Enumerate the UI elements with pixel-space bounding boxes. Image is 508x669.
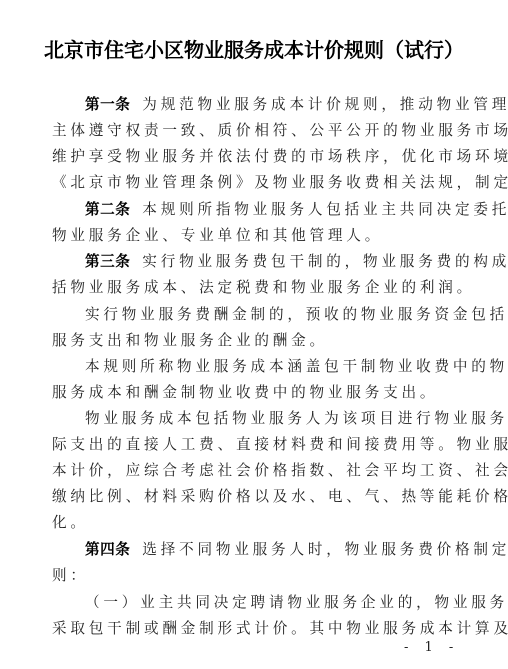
paragraph-text: 选择不同物业服务人时，物业服务费价格制定原 [142, 541, 508, 558]
paragraph-line: 采取包干制或酬金制形式计价。其中物业服务成本计算及科目 [52, 619, 462, 639]
article-3-line-1: 第三条实行物业服务费包干制的，物业服务费的构成包 [85, 252, 495, 272]
paragraph-line: 主体遵守权责一致、质价相符、公平公开的物业服务市场规则， [52, 121, 462, 141]
paragraph-line: 服务支出和物业服务企业的酬金。 [52, 331, 462, 351]
paragraph-line: 物业服务企业、专业单位和其他管理人。 [52, 226, 462, 246]
document-title: 北京市住宅小区物业服务成本计价规则（试行） [0, 34, 508, 63]
paragraph-line: 化。 [52, 513, 462, 533]
paragraph-line: 本计价，应综合考虑社会价格指数、社会平均工资、社会保险 [52, 461, 462, 481]
paragraph-text: 实行物业服务费包干制的，物业服务费的构成包 [142, 253, 508, 270]
article-label: 第四条 [85, 541, 130, 558]
paragraph-line: 服务成本和酬金制物业收费中的物业服务支出。 [52, 383, 462, 403]
paragraph-line: 维护享受物业服务并依法付费的市场秩序，优化市场环境，依据 [52, 147, 462, 167]
paragraph-line: 括物业服务成本、法定税费和物业服务企业的利润。 [52, 278, 462, 298]
paragraph-line: 物业服务成本包括物业服务人为该项目进行物业服务实 [85, 409, 495, 429]
article-label: 第二条 [85, 201, 130, 218]
paragraph-line: 实行物业服务费酬金制的，预收的物业服务资金包括物业 [85, 305, 495, 325]
paragraph-line: 际支出的直接人工费、直接材料费和间接费用等。物业服务成 [52, 435, 462, 455]
paragraph-line: 《北京市物业管理条例》及物业服务收费相关法规，制定本规则。 [52, 173, 462, 193]
paragraph-line: 本规则所称物业服务成本涵盖包干制物业收费中的物业 [85, 357, 495, 377]
article-4-line-1: 第四条选择不同物业服务人时，物业服务费价格制定原 [85, 540, 495, 560]
article-2-line-1: 第二条本规则所指物业服务人包括业主共同决定委托的 [85, 200, 495, 220]
article-1-line-1: 第一条为规范物业服务成本计价规则，推动物业管理相关 [85, 95, 495, 115]
paragraph-line: 缴纳比例、材料采购价格以及水、电、气、热等能耗价格的变 [52, 487, 462, 507]
paragraph-line: 则： [52, 566, 462, 586]
article-label: 第三条 [85, 253, 130, 270]
paragraph-text: 为规范物业服务成本计价规则，推动物业管理相关 [142, 96, 508, 113]
article-label: 第一条 [85, 96, 130, 113]
page-number: - 1 - [404, 640, 459, 655]
paragraph-text: 本规则所指物业服务人包括业主共同决定委托的 [142, 201, 508, 218]
paragraph-line: （一）业主共同决定聘请物业服务企业的，物业服务费可 [85, 593, 495, 613]
